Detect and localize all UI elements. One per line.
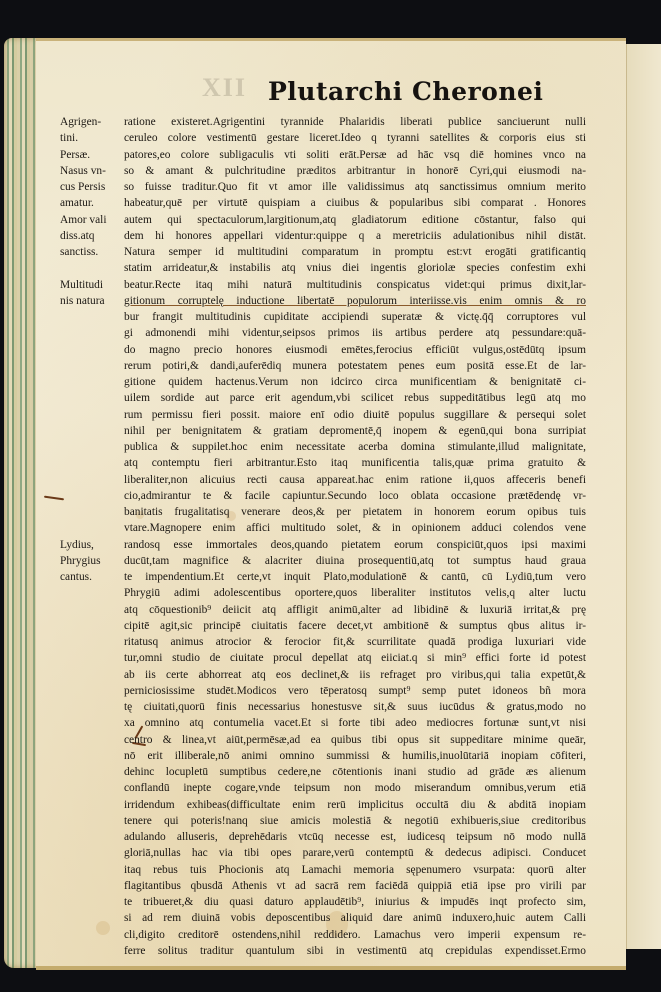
margin-note: Lydius, Phrygius cantus. — [60, 537, 101, 586]
text-line: si ad rem diuinā vobis deposcentibus ali… — [124, 910, 586, 926]
text-line: Phrygiū adimi adolescentibus oportere,qu… — [124, 585, 586, 601]
text-line: centro & linea,vt aiūt,permēsæ,ad ea qui… — [124, 732, 586, 748]
text-line: cli,digito creditorē ostendens,nihil red… — [124, 927, 586, 943]
text-line: adulando alluseris, deprehēdaris vtcūq n… — [124, 829, 586, 845]
text-line: itaq rebus tuis Phocionis atq Lamachi me… — [124, 862, 586, 878]
text-line: publica & suppilet.hoc enim necessitate … — [124, 439, 586, 455]
text-line: perniciosissime studēt.Modicos vero tēpe… — [124, 683, 586, 699]
text-line: gitione quidem hactenus.Verum non idcirc… — [124, 374, 586, 390]
text-line: te impendentium.Et certe,vt inquit Plato… — [124, 569, 586, 585]
text-line: cipitē agit,sic principē ciuitatis facer… — [124, 618, 586, 634]
text-line: tur,omni studio de ciuitate procul depel… — [124, 650, 586, 666]
running-head-title: Plutarchi Cheronei — [268, 77, 543, 106]
margin-note: Agrigen- tini. — [60, 114, 101, 147]
margin-note: Amor vali diss.atq sanctiss. — [60, 212, 107, 261]
text-line: atq contemptu fieri arbitrantur.Esto ita… — [124, 455, 586, 471]
page-edges-fore — [4, 38, 38, 968]
text-line: banitatis frugalitatisq venerare deos,& … — [124, 504, 586, 520]
text-line: conflandū inepte cogare,vnde teipsum non… — [124, 780, 586, 796]
text-line: beatur.Recte itaq mihi naturā multitudin… — [124, 277, 586, 293]
text-line: habeatur,quē per virtutē quispiam a ciui… — [124, 195, 586, 211]
text-line: statim arrideatur,& instabilis atq vnius… — [124, 260, 586, 276]
text-line: gloriā,nullas hac via tibi opes parare,v… — [124, 845, 586, 861]
text-line: ducūt,tam magnifice & alacriter diuina p… — [124, 553, 586, 569]
text-line: liberaliter,non alicuius recti causa app… — [124, 472, 586, 488]
text-line: irridendum exhibeas(difficultate enim re… — [124, 797, 586, 813]
pen-mark-dash — [44, 496, 64, 501]
text-line: ab iis certe abhorreat atq eos declinet,… — [124, 667, 586, 683]
text-line: gi admonendi mihi videntur,seipsos primo… — [124, 325, 586, 341]
text-line: autem qui spectaculorum,largitionum,atq … — [124, 212, 586, 228]
text-line: ferre solitus traditur quantulum sibi in… — [124, 943, 586, 959]
text-line: atq cōquestionib⁹ deiicit atq affligit a… — [124, 602, 586, 618]
folio-numeral-showthrough: XII — [202, 73, 247, 103]
text-line: rerum potiri,& dandi,auferēdiq munera po… — [124, 358, 586, 374]
text-line: ritatusq animus atrocior & ferocior fit,… — [124, 634, 586, 650]
margin-note: Nasus vn- cus Persis amatur. — [60, 163, 106, 212]
text-line: vtare.Magnopere enim affici multitudo so… — [124, 520, 586, 536]
next-page-edge — [626, 44, 661, 949]
text-line: tenere qui poteris!nanq siue amicis mole… — [124, 813, 586, 829]
text-line: Natura semper id multitudini comparatum … — [124, 244, 586, 260]
text-line-underlined: gitionum corruptelę inductione libertatē… — [124, 293, 586, 309]
text-line: rum permissu fieri possit. maiore enī od… — [124, 407, 586, 423]
text-line: randosq esse immortales deos,quando piet… — [124, 537, 586, 553]
text-line: nihil per benignitatem & gratiam deprome… — [124, 423, 586, 439]
text-line: uilem sordide aut parce erit agendum,vbi… — [124, 390, 586, 406]
text-line: bur frangit multitudinis cupiditate acci… — [124, 309, 586, 325]
text-line: flagitantibus qbusdā Athenis vt ad sacrā… — [124, 878, 586, 894]
text-line: do magno precio honores eiusmodi emētes,… — [124, 342, 586, 358]
text-line: ratione existeret.Agrigentini tyrannide … — [124, 114, 586, 130]
text-line: patores,eo colore subligaculis vti solit… — [124, 147, 586, 163]
text-line: so & amant & pulchritudine præditos arbi… — [124, 163, 586, 179]
text-line: dem hi honores appellari videntur:quippe… — [124, 228, 586, 244]
text-line: xa omnino atq contumelia vacet.Et si for… — [124, 715, 586, 731]
margin-note: Persæ. — [60, 147, 90, 163]
text-line: tę ciuitati,quorū finis necessarius hone… — [124, 699, 586, 715]
foxing-stain — [96, 921, 110, 935]
text-line: cio,admirantur te & facile capiuntur.Sec… — [124, 488, 586, 504]
text-line: ceruleo colore vestimentū gestare licere… — [124, 130, 586, 146]
text-line: te tribueret,& diu quasi daturo applaudē… — [124, 894, 586, 910]
text-line: nō erit illiberale,nō animi omnino summi… — [124, 748, 586, 764]
body-text-column: ratione existeret.Agrigentini tyrannide … — [124, 114, 586, 959]
text-line: dehinc locupletū sumptibus cedere,ne cōt… — [124, 764, 586, 780]
margin-note: Multitudi nis natura — [60, 277, 105, 310]
text-line: so fuisse traditur.Quo fit vt amor ille … — [124, 179, 586, 195]
